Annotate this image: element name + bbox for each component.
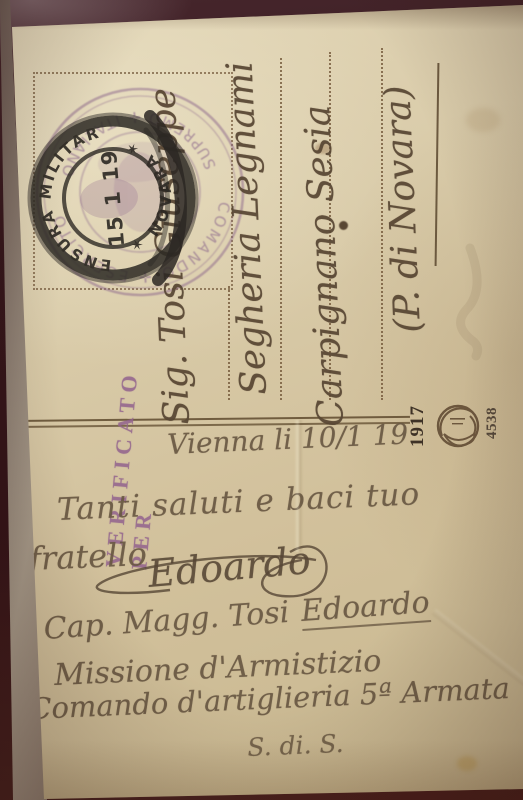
message-dateline: Vienna li 10/1 19 [168,428,409,461]
postcard: 1917 4538 COMANDO ✛ ESERCITO [0,0,523,800]
printed-serial: 4538 [484,398,502,448]
signature-text: Edoardo [146,538,312,596]
sender-initials: S. di. S. [248,733,344,762]
message-text: fratello [28,535,147,578]
censor-stamp-date: 15 1 19 [97,148,129,248]
recipient-province: (P. di Novara) [380,85,427,334]
sender-line-1: Cap. Magg. TosiEdoardo [45,612,432,647]
address-line-3: Carpignano Sesia [294,28,371,428]
sender-name: Edoardo [300,585,431,631]
paper-stain [457,756,477,771]
address-line-2: Segheria Legnami [217,28,294,428]
photo-of-postcard: 1917 4538 COMANDO ✛ ESERCITO [0,0,523,800]
ghost-marks [461,248,478,356]
signature: Edoardo [150,552,313,596]
recipient-town: Carpignano Sesia [300,104,350,427]
sender-line-3: Comando d'artiglieria 5ª Armata [30,692,511,726]
address-line-4: (P. di Novara) [371,28,448,428]
paper-stain [466,108,500,132]
message-line-2: fratello [30,540,148,578]
sender-rank: Cap. Magg. Tosi [43,595,291,647]
message-line-1: Tanti saluti e baci tuo [58,492,421,528]
initials-text: S. di. S. [247,729,344,762]
recipient-street: Segheria Legnami [222,61,273,396]
censor-stamp: CENSURA MILITARE ✶ NOVARA ✶ 15 1 19 [13,98,213,298]
